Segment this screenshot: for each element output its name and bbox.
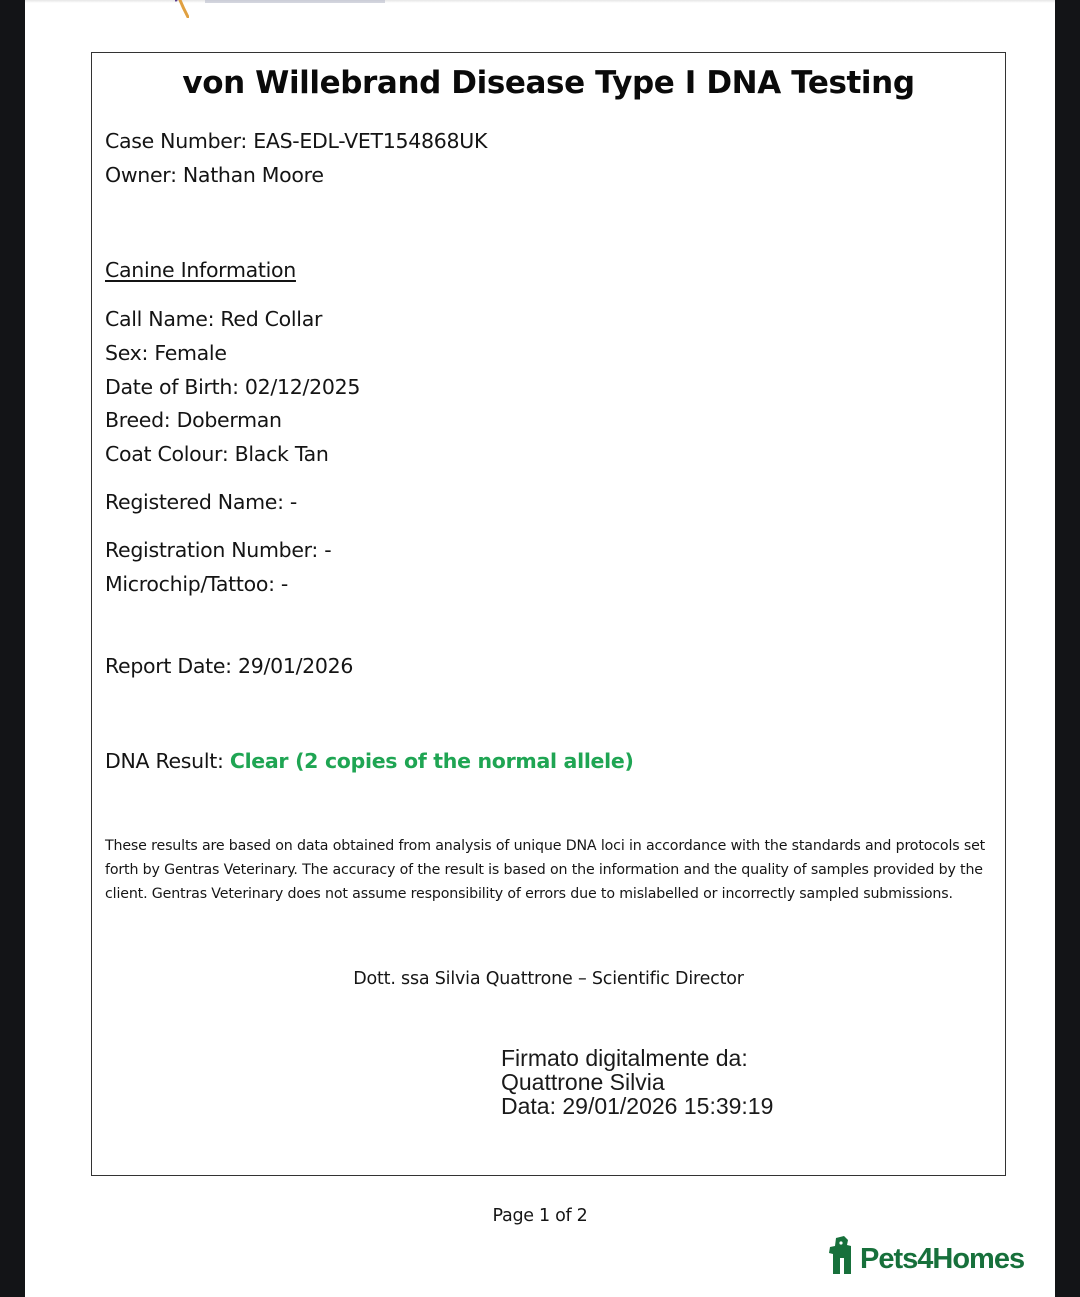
case-number: Case Number: EAS-EDL-VET154868UK bbox=[105, 129, 487, 153]
signature-line-1: Firmato digitalmente da: bbox=[501, 1046, 773, 1070]
breed: Breed: Doberman bbox=[105, 408, 282, 432]
disclaimer-text: These results are based on data obtained… bbox=[105, 834, 995, 906]
scientific-director: Dott. ssa Silvia Quattrone – Scientific … bbox=[92, 969, 1005, 989]
sex: Sex: Female bbox=[105, 341, 227, 365]
pets4homes-brand: Pets4Homes bbox=[860, 1242, 1024, 1276]
signature-line-2: Quattrone Silvia bbox=[501, 1070, 773, 1094]
call-name: Call Name: Red Collar bbox=[105, 307, 322, 331]
registered-name: Registered Name: - bbox=[105, 490, 297, 514]
canine-information-heading: Canine Information bbox=[105, 258, 296, 282]
microchip-tattoo: Microchip/Tattoo: - bbox=[105, 572, 288, 596]
document-title: von Willebrand Disease Type I DNA Testin… bbox=[92, 65, 1005, 101]
page-number: Page 1 of 2 bbox=[25, 1206, 1055, 1226]
dna-result: DNA Result: Clear (2 copies of the norma… bbox=[105, 749, 634, 773]
lab-logo-text-cropped bbox=[205, 0, 385, 3]
pets4homes-watermark: Pets4Homes bbox=[827, 1234, 1024, 1276]
pets4homes-dog-house-icon bbox=[827, 1234, 857, 1276]
digital-signature: Firmato digitalmente da: Quattrone Silvi… bbox=[501, 1046, 773, 1118]
report-date: Report Date: 29/01/2026 bbox=[105, 654, 353, 678]
lab-logo-cropped bbox=[175, 0, 415, 22]
document-page: von Willebrand Disease Type I DNA Testin… bbox=[25, 0, 1055, 1297]
lab-logo-icon bbox=[175, 0, 189, 18]
coat-colour: Coat Colour: Black Tan bbox=[105, 442, 329, 466]
registration-number: Registration Number: - bbox=[105, 538, 331, 562]
signature-line-3: Data: 29/01/2026 15:39:19 bbox=[501, 1094, 773, 1118]
date-of-birth: Date of Birth: 02/12/2025 bbox=[105, 375, 360, 399]
owner: Owner: Nathan Moore bbox=[105, 163, 324, 187]
dna-result-label: DNA Result: bbox=[105, 749, 230, 773]
dna-result-value: Clear (2 copies of the normal allele) bbox=[230, 749, 634, 773]
certificate-frame: von Willebrand Disease Type I DNA Testin… bbox=[91, 52, 1006, 1176]
